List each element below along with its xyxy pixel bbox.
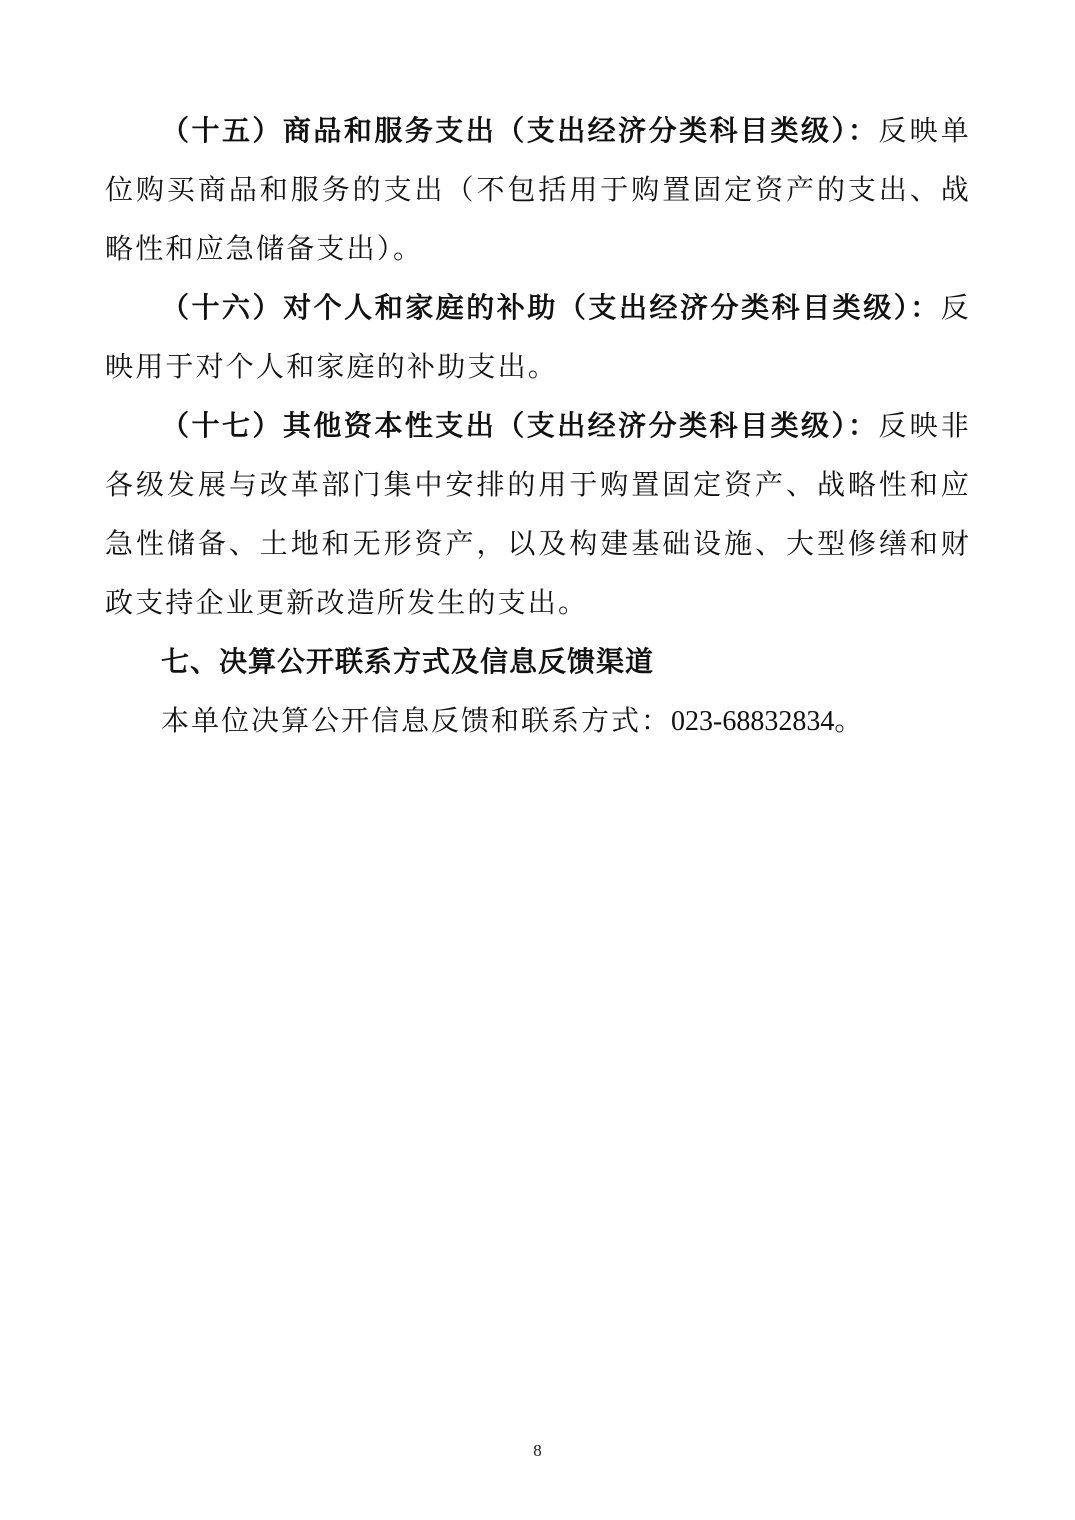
definition-title: （十五）商品和服务支出（支出经济分类科目类级）： [161,114,878,147]
contact-end: 。 [834,704,864,737]
page-number: 8 [0,1441,1075,1461]
definition-title: （十七）其他资本性支出（支出经济分类科目类级）： [161,409,878,442]
section-heading: 七、决算公开联系方式及信息反馈渠道 [105,632,971,691]
definition-item-15: （十五）商品和服务支出（支出经济分类科目类级）：反映单位购买商品和服务的支出（不… [105,101,971,278]
contact-label: 本单位决算公开信息反馈和联系方式： [161,704,671,737]
contact-line: 本单位决算公开信息反馈和联系方式：023-68832834。 [105,691,971,751]
definition-title: （十六）对个人和家庭的补助（支出经济分类科目类级）： [161,291,941,324]
contact-phone: 023-68832834 [671,706,834,737]
definition-item-16: （十六）对个人和家庭的补助（支出经济分类科目类级）：反映用于对个人和家庭的补助支… [105,278,971,396]
document-page: （十五）商品和服务支出（支出经济分类科目类级）：反映单位购买商品和服务的支出（不… [105,101,971,751]
definition-item-17: （十七）其他资本性支出（支出经济分类科目类级）：反映非各级发展与改革部门集中安排… [105,396,971,632]
